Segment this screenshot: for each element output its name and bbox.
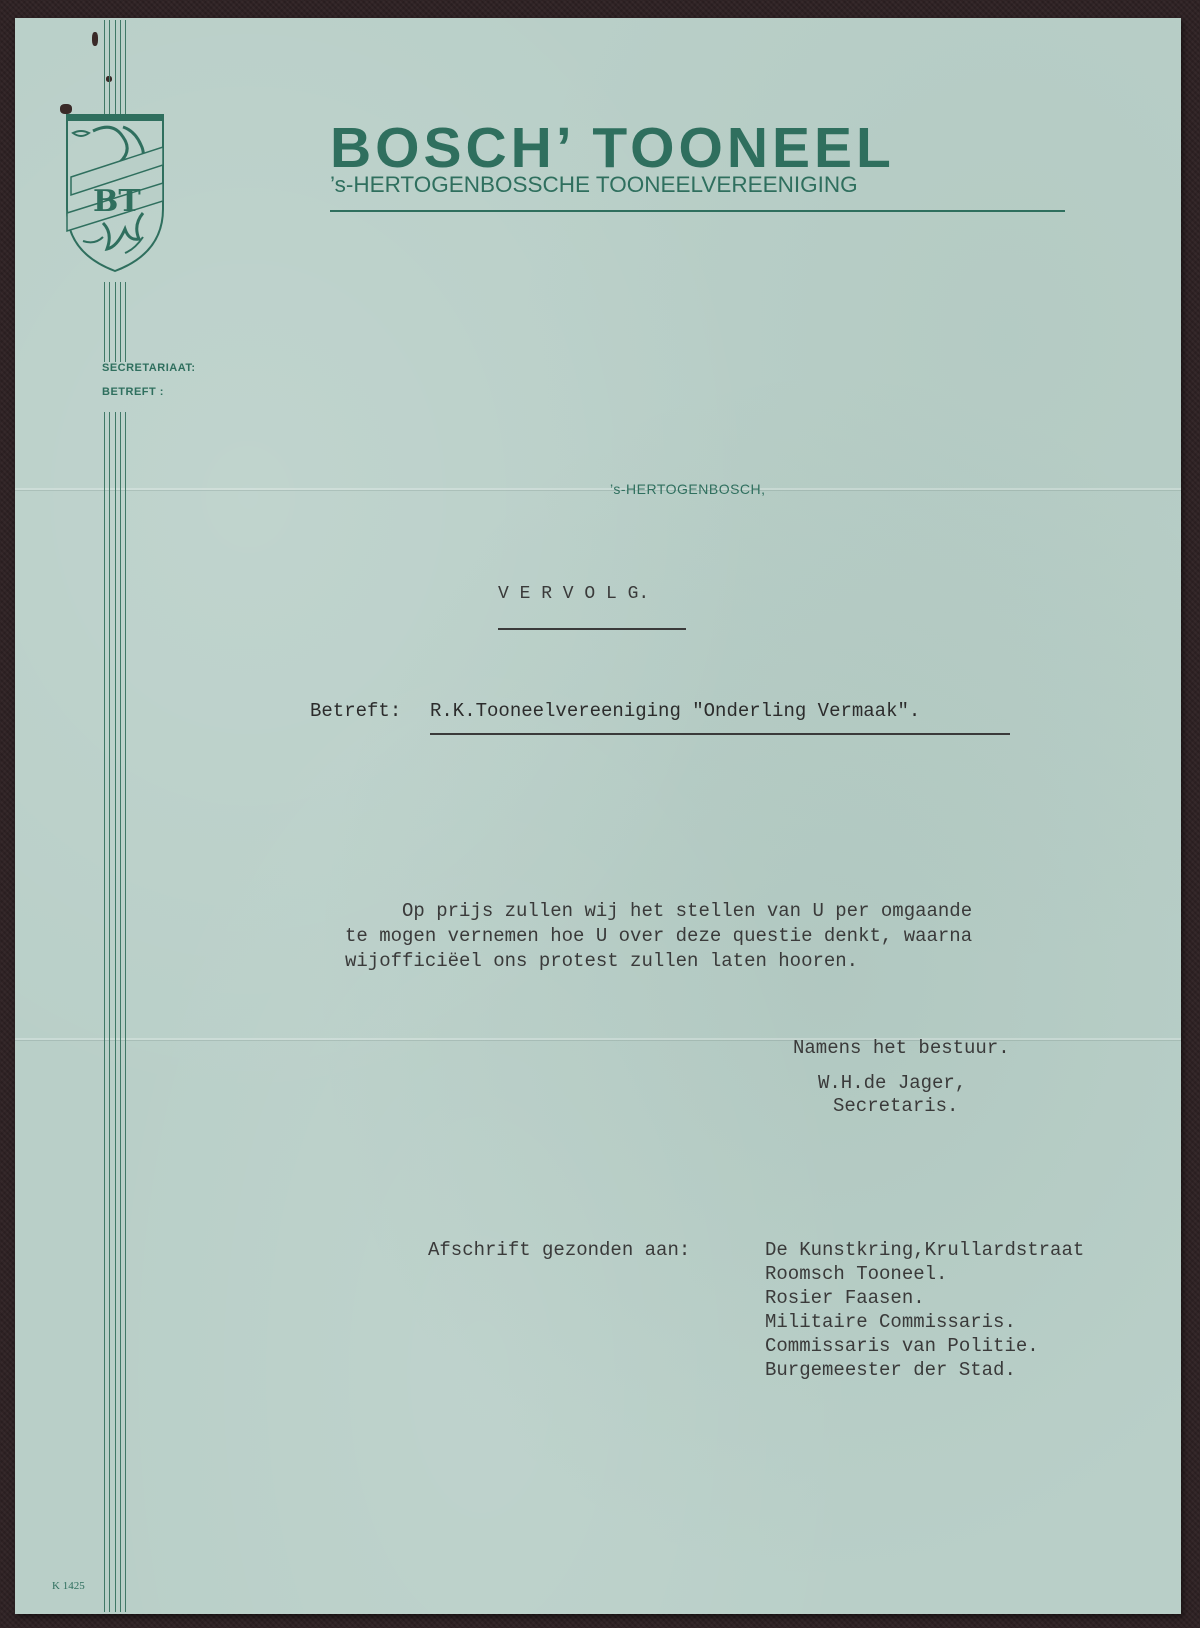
subject-underline	[430, 733, 1010, 735]
copies-label: Afschrift gezonden aan:	[428, 1239, 690, 1261]
signatory-name: W.H.de Jager,	[818, 1072, 966, 1094]
copies-recipient: Roomsch Tooneel.	[765, 1263, 947, 1285]
body-line: Op prijs zullen wij het stellen van U pe…	[345, 900, 972, 922]
copies-recipient: Burgemeester der Stad.	[765, 1359, 1016, 1381]
copies-recipient: Militaire Commissaris.	[765, 1311, 1016, 1333]
body-line: wijofficiëel ons protest zullen laten ho…	[345, 950, 858, 972]
fold-line	[15, 488, 1181, 490]
punch-hole	[92, 32, 98, 46]
decorative-vertical-lines	[104, 282, 126, 362]
closing-line: Namens het bestuur.	[793, 1037, 1010, 1059]
form-code: K 1425	[52, 1580, 85, 1592]
secretariaat-label: SECRETARIAAT:	[102, 362, 195, 374]
decorative-vertical-lines	[104, 20, 126, 120]
subject-label: Betreft:	[310, 700, 401, 722]
copies-recipient: Rosier Faasen.	[765, 1287, 925, 1309]
subject-value: R.K.Tooneelvereeniging "Onderling Vermaa…	[430, 700, 920, 722]
svg-text:BT: BT	[93, 184, 141, 219]
letter-heading: V E R V O L G.	[498, 584, 649, 604]
header-rule	[330, 210, 1065, 212]
heading-underline	[498, 628, 686, 630]
organization-subtitle: ’s-HERTOGENBOSSCHE TOONEELVEREENIGING	[330, 172, 1065, 198]
body-line: te mogen vernemen hoe U over deze questi…	[345, 925, 972, 947]
signatory-title: Secretaris.	[833, 1095, 958, 1117]
decorative-vertical-lines	[104, 412, 126, 1612]
crest-logo-icon: BT	[63, 113, 167, 273]
copies-recipient: Commissaris van Politie.	[765, 1335, 1039, 1357]
city-dateline: ’s-HERTOGENBOSCH,	[610, 481, 766, 497]
copies-recipient: De Kunstkring,Krullardstraat	[765, 1239, 1084, 1261]
betreft-label: BETREFT :	[102, 386, 164, 398]
